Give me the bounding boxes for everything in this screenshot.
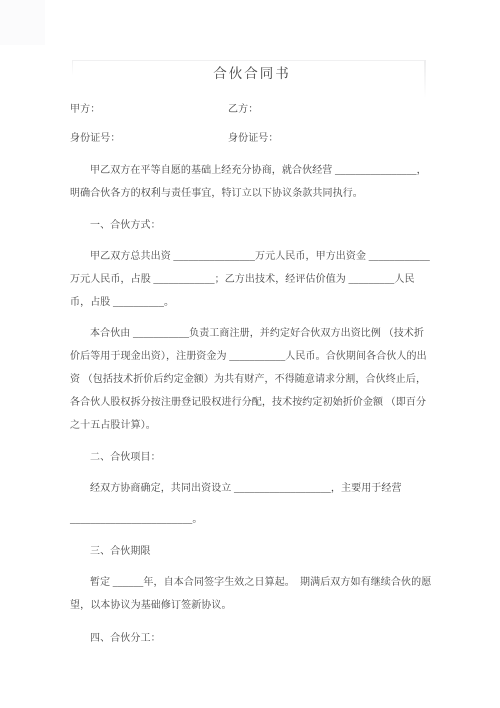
party-a-label: 甲方：: [70, 103, 228, 117]
section-2-heading: 二、合伙项目：: [70, 446, 434, 469]
intro-paragraph: 甲乙双方在平等自愿的基础上经充分协商，就合伙经营 _______________…: [70, 159, 434, 205]
party-b-id-label: 身份证号：: [228, 132, 279, 146]
section-1-paragraph-2: 本合伙由 ___________负责工商注册，并约定好合伙双方出资比例 （技术折…: [70, 322, 434, 437]
section-3-heading: 三、合伙期限: [70, 540, 434, 563]
contract-document-page: 合伙合同书 甲方： 乙方： 身份证号： 身份证号： 甲乙双方在平等自愿的基础上经…: [0, 0, 500, 708]
section-2-paragraph-1: 经双方协商确定，共同出资设立 ___________________，主要用于经…: [70, 477, 434, 500]
document-content: 合伙合同书 甲方： 乙方： 身份证号： 身份证号： 甲乙双方在平等自愿的基础上经…: [0, 0, 500, 650]
party-a-id-label: 身份证号：: [70, 132, 228, 146]
id-numbers-row: 身份证号： 身份证号：: [70, 132, 434, 146]
section-1-heading: 一、合伙方式：: [70, 214, 434, 237]
section-2-blank-fill-line: ________________________。: [70, 508, 434, 531]
parties-row: 甲方： 乙方：: [70, 103, 434, 117]
section-1-paragraph-1: 甲乙双方总共出资 ________________万元人民币，甲方出资金 ___…: [70, 245, 434, 314]
section-4-heading: 四、合伙分工：: [70, 627, 434, 650]
party-b-label: 乙方：: [228, 103, 258, 117]
section-3-paragraph-1: 暂定 ______年，自本合同签字生效之日算起。 期满后双方如有继续合伙的愿望，…: [70, 571, 434, 617]
document-title: 合伙合同书: [70, 62, 434, 82]
